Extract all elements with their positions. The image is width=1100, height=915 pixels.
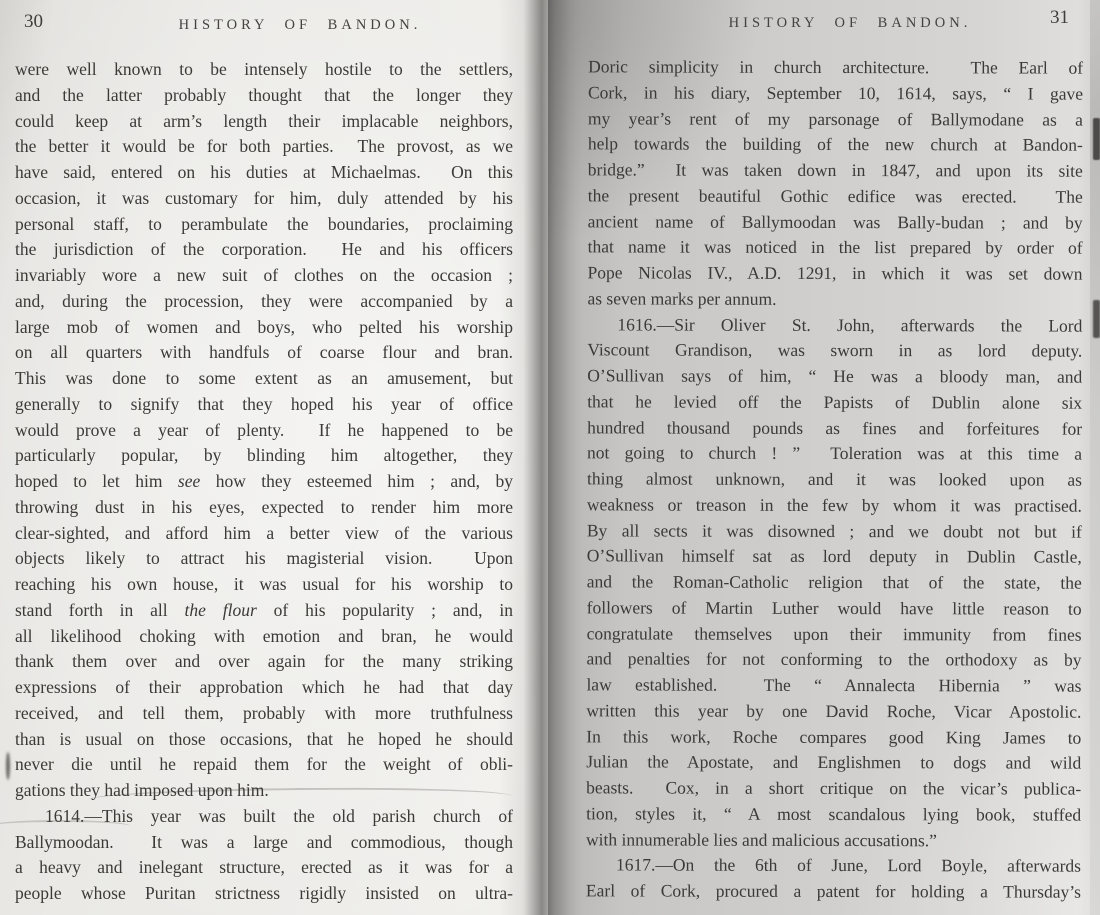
italic-text: the flour (185, 600, 257, 620)
text-line: weakness or treason in the few by whom i… (587, 492, 1082, 519)
text-line: large mob of women and boys, who pelted … (15, 315, 513, 341)
text-line: occasion, it was customary for him, duly… (15, 186, 513, 212)
italic-text: see (178, 471, 200, 491)
text-line: generally to signify that they hoped his… (15, 392, 513, 418)
text-line: Viscount Grandison, was sworn in as lord… (587, 338, 1082, 365)
text-line: hundred thousand pounds as fines and for… (587, 415, 1082, 442)
text-line: Cork, in his diary, September 10, 1614, … (588, 80, 1083, 107)
text-line: all likelihood choking with emotion and … (15, 624, 513, 650)
text-line: expressions of their approbation which h… (15, 675, 513, 701)
text-line: throwing dust in his eyes, expected to r… (15, 495, 513, 521)
text-line: invariably wore a new suit of clothes on… (15, 263, 513, 289)
text-line: 1616.—Sir Oliver St. John, afterwards th… (587, 312, 1082, 339)
text-line: my year’s rent of my parsonage of Ballym… (588, 106, 1083, 133)
running-title-left: HISTORY OF BANDON. (60, 17, 540, 34)
text-line: O’Sullivan himself sat as lord deputy in… (587, 544, 1082, 571)
text-line: with innumerable lies and malicious accu… (586, 827, 1081, 854)
text-line: received, and tell them, probably with m… (15, 701, 513, 727)
text-line: thank them over and over again for the m… (15, 649, 513, 675)
text-line: people whose Puritan strictness rigidly … (15, 881, 513, 907)
text-line: than is usual on those occasions, that h… (15, 727, 513, 753)
text-line: the present beautiful Gothic edifice was… (588, 183, 1083, 210)
book-spread: 30 HISTORY OF BANDON. HISTORY OF BANDON.… (0, 0, 1100, 915)
text-line: Ballymoodan. It was a large and commodio… (15, 830, 513, 856)
text-line: personal staff, to perambulate the bound… (15, 212, 513, 238)
text-line: and the Roman-Catholic religion that of … (587, 569, 1082, 596)
text-line: tion, styles it, “ A most scandalous lyi… (586, 801, 1081, 828)
page-number-31: 31 (1050, 7, 1069, 29)
text-line: that he levied off the Papists of Dublin… (587, 389, 1082, 416)
text-line: objects likely to attract his magisteria… (15, 546, 513, 572)
text-line: help towards the building of the new chu… (588, 132, 1083, 159)
text-line: reaching his own house, it was usual for… (15, 572, 513, 598)
text-line: This was done to some extent as an amuse… (15, 366, 513, 392)
page-31-text: Doric simplicity in church architecture.… (586, 54, 1083, 905)
edge-ink-mark (1093, 300, 1100, 338)
text-line: bridge.” It was taken down in 1847, and … (588, 157, 1083, 184)
text-line: and penalties for not conforming to the … (586, 647, 1081, 674)
text-line: written this year by one David Roche, Vi… (586, 698, 1081, 725)
text-line: and, during the procession, they were ac… (15, 289, 513, 315)
text-line: 1614.—This year was built the old parish… (15, 804, 513, 830)
text-line: were well known to be intensely hostile … (15, 57, 513, 83)
text-line: stand forth in all the flour of his popu… (15, 598, 513, 624)
text-line: hoped to let him see how they esteemed h… (15, 469, 513, 495)
text-line: particularly popular, by blinding him al… (15, 443, 513, 469)
text-line: congratulate themselves upon their immun… (587, 621, 1082, 648)
text-line: not going to church ! ” Toleration was a… (587, 441, 1082, 468)
text-line: the better it would be for both parties.… (15, 134, 513, 160)
text-line: 1617.—On the 6th of June, Lord Boyle, af… (586, 853, 1081, 880)
text-line: and the latter probably thought that the… (15, 83, 513, 109)
text-line: beasts. Cox, in a short critique on the … (586, 775, 1081, 802)
text-line: on all quarters with handfuls of coarse … (15, 340, 513, 366)
text-line: the jurisdiction of the corporation. He … (15, 237, 513, 263)
text-line: O’Sullivan says of him, “ He was a blood… (587, 363, 1082, 390)
page-number-30: 30 (24, 11, 43, 33)
text-line: that name it was noticed in the list pre… (588, 235, 1083, 262)
text-line: Earl of Cork, procured a patent for hold… (586, 878, 1081, 905)
text-line: Doric simplicity in church architecture.… (588, 54, 1083, 81)
text-line: a heavy and inelegant structure, erected… (15, 855, 513, 881)
edge-ink-mark (6, 752, 10, 780)
text-line: followers of Martin Luther would have li… (587, 595, 1082, 622)
text-line: law established. The “ Annalecta Hiberni… (586, 672, 1081, 699)
text-line: gations they had imposed upon him. (15, 778, 513, 804)
text-line: Julian the Apostate, and Englishmen to d… (586, 750, 1081, 777)
text-line: have said, entered on his duties at Mich… (15, 160, 513, 186)
text-line: Pope Nicolas IV., A.D. 1291, in which it… (588, 260, 1083, 287)
text-line: would prove a year of plenty. If he happ… (15, 418, 513, 444)
page-30-text: were well known to be intensely hostile … (15, 57, 513, 907)
text-line: never die until he repaid them for the w… (15, 752, 513, 778)
text-line: clear-sighted, and afford him a better v… (15, 521, 513, 547)
text-line: as seven marks per annum. (587, 286, 1082, 313)
text-line: In this work, Roche compares good King J… (586, 724, 1081, 751)
text-line: could keep at arm’s length their implaca… (15, 109, 513, 135)
edge-ink-mark (1093, 118, 1100, 160)
running-title-right: HISTORY OF BANDON. (600, 15, 1100, 32)
text-line: ancient name of Ballymoodan was Bally-bu… (588, 209, 1083, 236)
text-line: thing almost unknown, and it was looked … (587, 466, 1082, 493)
text-line: By all sects it was disowned ; and we do… (587, 518, 1082, 545)
